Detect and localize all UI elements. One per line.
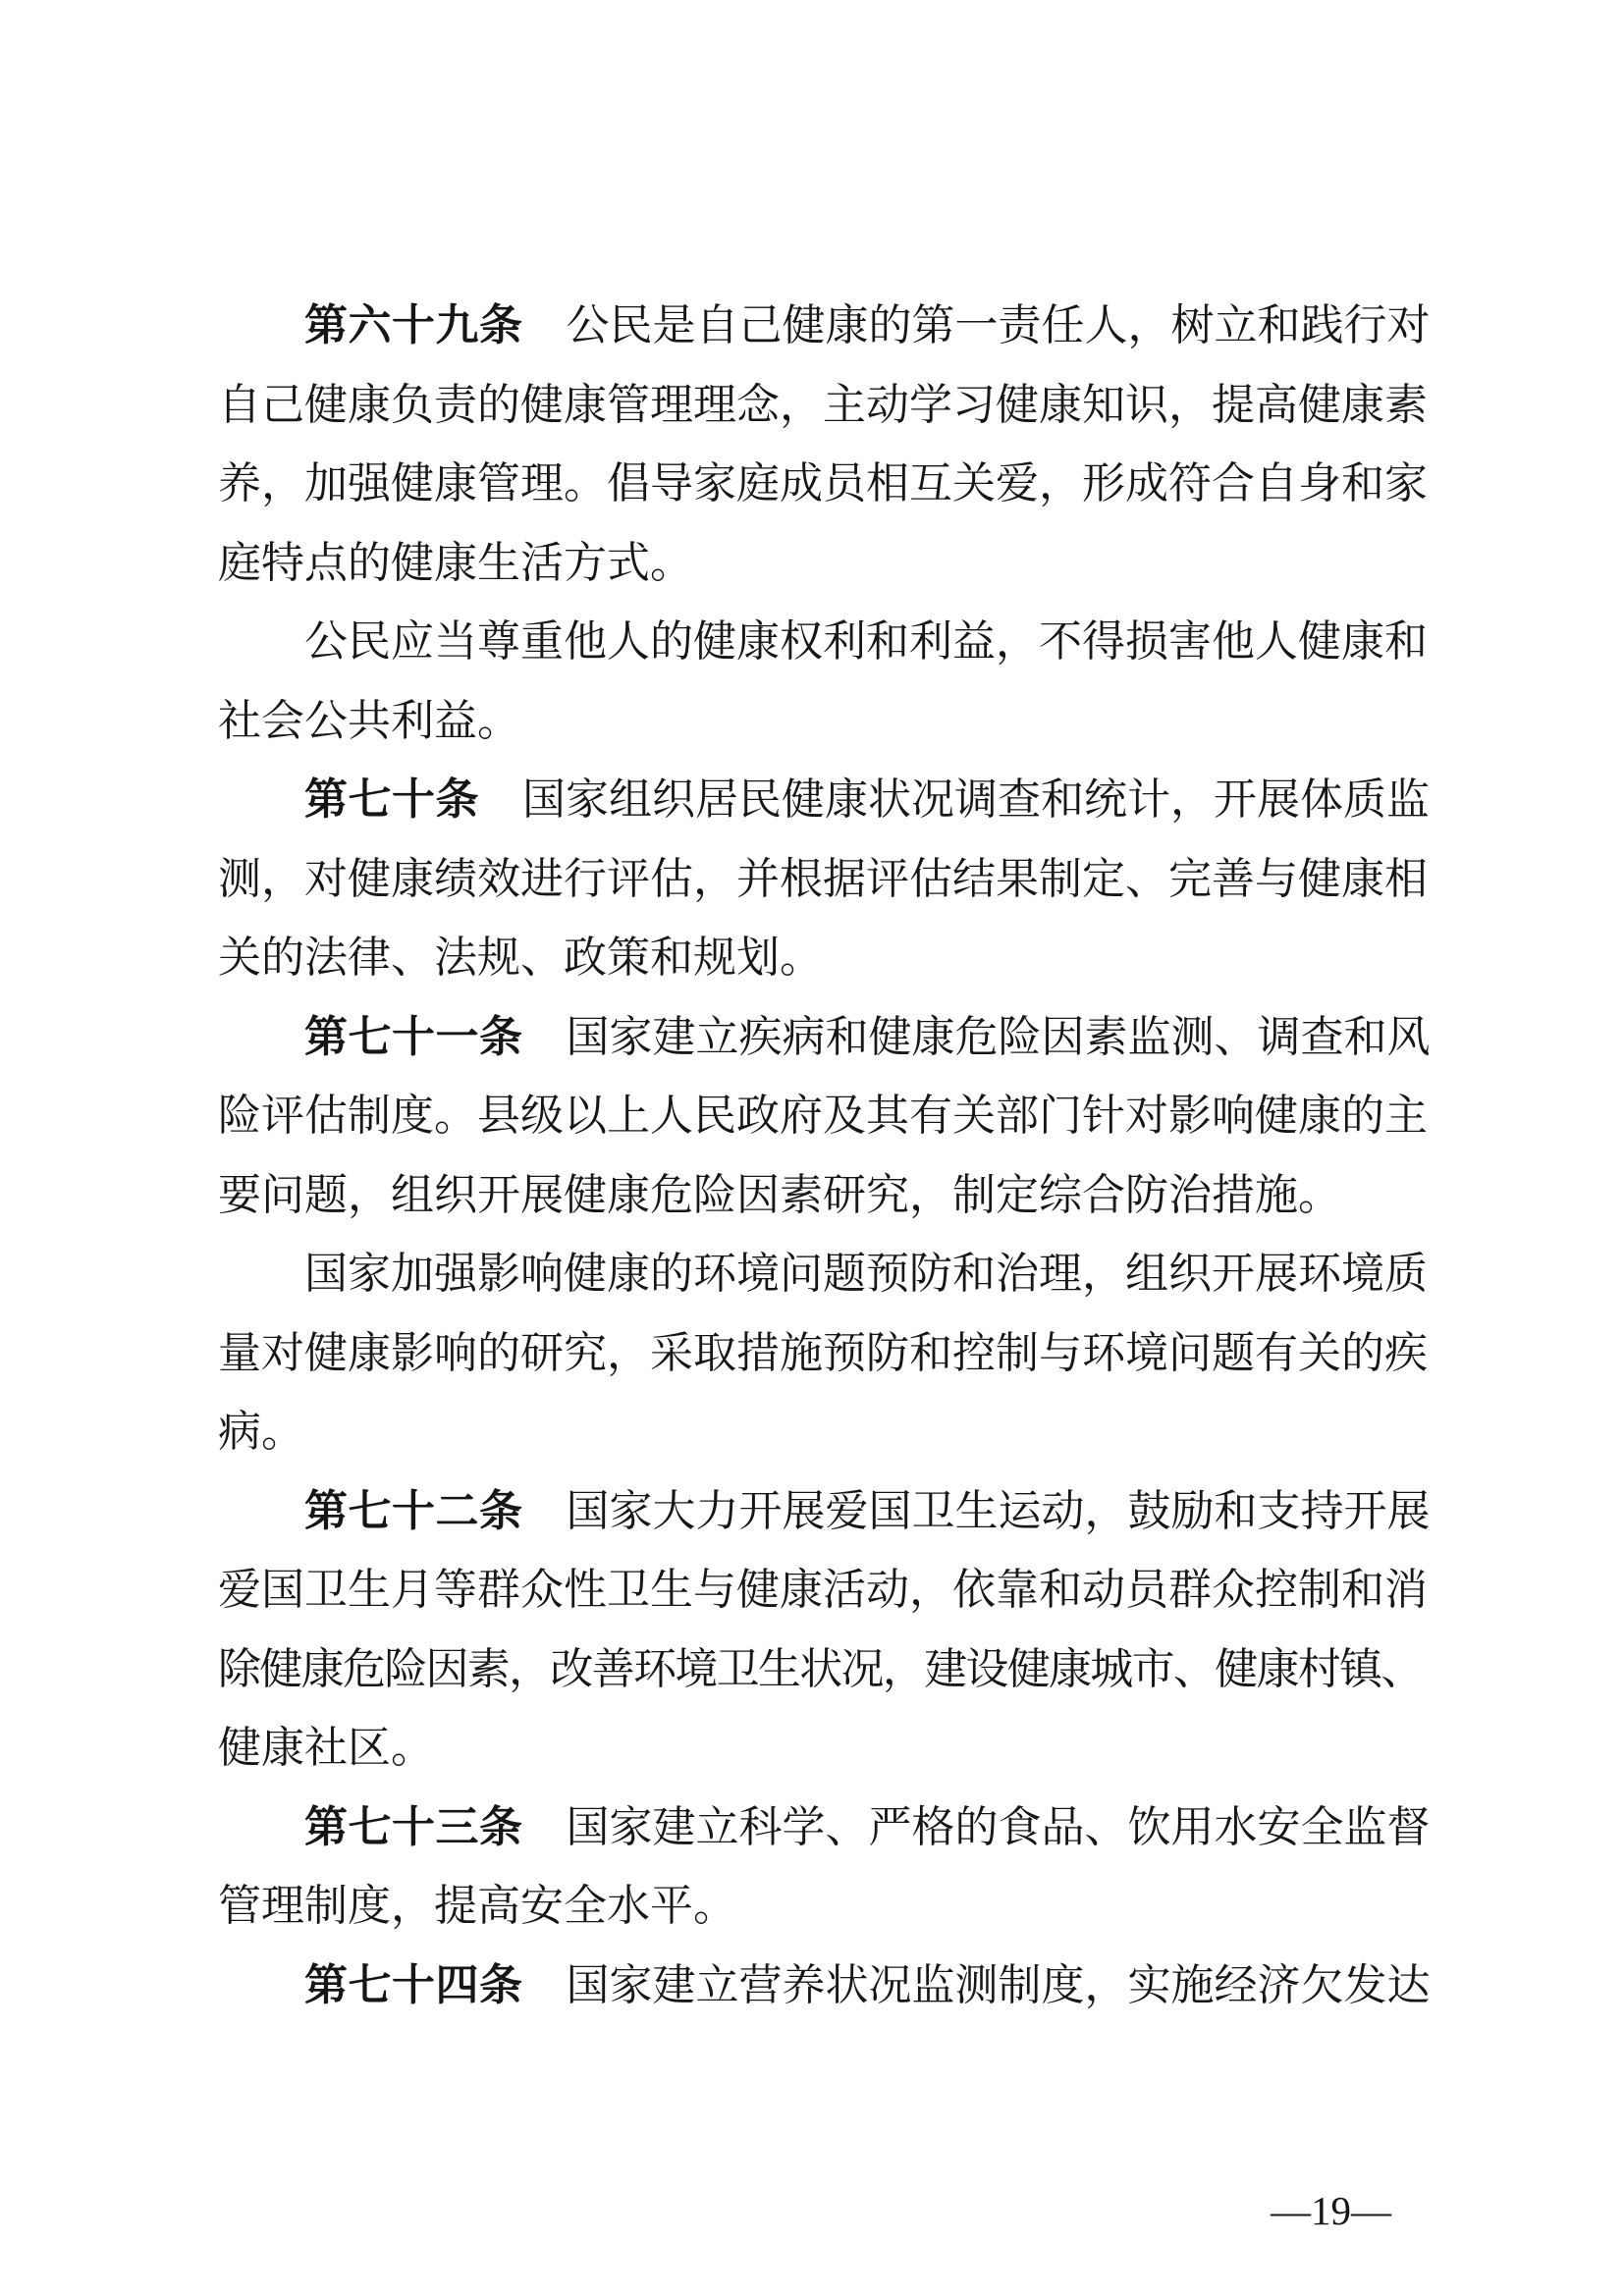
line-text: 国家组织居民健康状况调查和统计，开展体质监 [522, 775, 1430, 824]
text-line: 除健康危险因素，改善环境卫生状况，建设健康城市、健康村镇、 [218, 1630, 1429, 1710]
article-gap [479, 813, 522, 814]
text-line: 险评估制度。县级以上人民政府及其有关部门针对影响健康的主 [218, 1077, 1429, 1156]
text-line: 爱国卫生月等群众性卫生与健康活动，依靠和动员群众控制和消 [218, 1551, 1429, 1630]
article-number: 第七十四条 [304, 1960, 523, 2010]
text-line: 健康社区。 [218, 1709, 1429, 1789]
text-line: 第七十三条国家建立科学、严格的食品、饮用水安全监督 [218, 1789, 1429, 1868]
text-line: 自己健康负责的健康管理理念，主动学习健康知识，提高健康素 [218, 366, 1429, 446]
line-text: 病。 [218, 1408, 304, 1456]
text-line: 国家加强影响健康的环境问题预防和治理，组织开展环境质 [218, 1235, 1429, 1314]
document-page: 第六十九条公民是自己健康的第一责任人，树立和践行对自己健康负责的健康管理理念，主… [0, 0, 1624, 2296]
article-number: 第六十九条 [304, 300, 523, 350]
article-number: 第七十条 [304, 774, 479, 825]
line-text: 养，加强健康管理。倡导家庭成员相互关爱，形成符合自身和家 [218, 459, 1428, 507]
article-gap [523, 1050, 567, 1051]
article-gap [523, 339, 567, 340]
article-gap [523, 1524, 567, 1525]
line-text: 社会公共利益。 [218, 697, 520, 745]
line-text: 自己健康负责的健康管理理念，主动学习健康知识，提高健康素 [218, 381, 1428, 429]
line-text: 国家加强影响健康的环境问题预防和治理，组织开展环境质 [304, 1250, 1428, 1298]
text-line: 病。 [218, 1393, 1429, 1472]
line-text: 公民是自己健康的第一责任人，树立和践行对 [567, 301, 1431, 349]
text-line: 管理制度，提高安全水平。 [218, 1867, 1429, 1947]
article-number: 第七十二条 [304, 1486, 523, 1536]
line-text: 国家建立疾病和健康危险因素监测、调查和风 [567, 1013, 1431, 1061]
text-line: 养，加强健康管理。倡导家庭成员相互关爱，形成符合自身和家 [218, 445, 1429, 524]
line-text: 量对健康影响的研究，采取措施预防和控制与环境问题有关的疾 [218, 1329, 1428, 1377]
line-text: 要问题，组织开展健康危险因素研究，制定综合防治措施。 [218, 1171, 1341, 1219]
line-text: 国家建立科学、严格的食品、饮用水安全监督 [567, 1803, 1431, 1851]
line-text: 除健康危险因素，改善环境卫生状况，建设健康城市、健康村镇、 [218, 1645, 1423, 1693]
line-text: 公民应当尊重他人的健康权利和利益，不得损害他人健康和 [304, 617, 1428, 666]
line-text: 险评估制度。县级以上人民政府及其有关部门针对影响健康的主 [218, 1092, 1428, 1140]
article-number: 第七十三条 [304, 1802, 523, 1852]
line-text: 管理制度，提高安全水平。 [218, 1882, 736, 1930]
line-text: 国家大力开展爱国卫生运动，鼓励和支持开展 [567, 1487, 1431, 1535]
text-line: 社会公共利益。 [218, 682, 1429, 762]
line-text: 健康社区。 [218, 1724, 434, 1772]
line-text: 爱国卫生月等群众性卫生与健康活动，依靠和动员群众控制和消 [218, 1566, 1428, 1614]
text-line: 第七十条国家组织居民健康状况调查和统计，开展体质监 [218, 761, 1429, 840]
line-text: 庭特点的健康生活方式。 [218, 539, 693, 587]
line-text: 关的法律、法规、政策和规划。 [218, 934, 823, 982]
page-number: —19— [1271, 2187, 1391, 2234]
text-line: 第七十二条国家大力开展爱国卫生运动，鼓励和支持开展 [218, 1472, 1429, 1552]
text-line: 测，对健康绩效进行评估，并根据评估结果制定、完善与健康相 [218, 840, 1429, 920]
text-line: 量对健康影响的研究，采取措施预防和控制与环境问题有关的疾 [218, 1314, 1429, 1394]
article-number: 第七十一条 [304, 1012, 523, 1062]
text-line: 关的法律、法规、政策和规划。 [218, 919, 1429, 998]
text-line: 第七十四条国家建立营养状况监测制度，实施经济欠发达 [218, 1947, 1429, 2026]
line-text: 测，对健康绩效进行评估，并根据评估结果制定、完善与健康相 [218, 855, 1428, 903]
text-line: 庭特点的健康生活方式。 [218, 524, 1429, 604]
text-line: 公民应当尊重他人的健康权利和利益，不得损害他人健康和 [218, 603, 1429, 682]
document-text: 第六十九条公民是自己健康的第一责任人，树立和践行对自己健康负责的健康管理理念，主… [218, 287, 1429, 2025]
text-line: 要问题，组织开展健康危险因素研究，制定综合防治措施。 [218, 1156, 1429, 1236]
article-gap [523, 1841, 567, 1842]
article-gap [523, 1999, 567, 2000]
line-text: 国家建立营养状况监测制度，实施经济欠发达 [567, 1961, 1431, 2009]
text-line: 第六十九条公民是自己健康的第一责任人，树立和践行对 [218, 287, 1429, 366]
text-line: 第七十一条国家建立疾病和健康危险因素监测、调查和风 [218, 998, 1429, 1078]
